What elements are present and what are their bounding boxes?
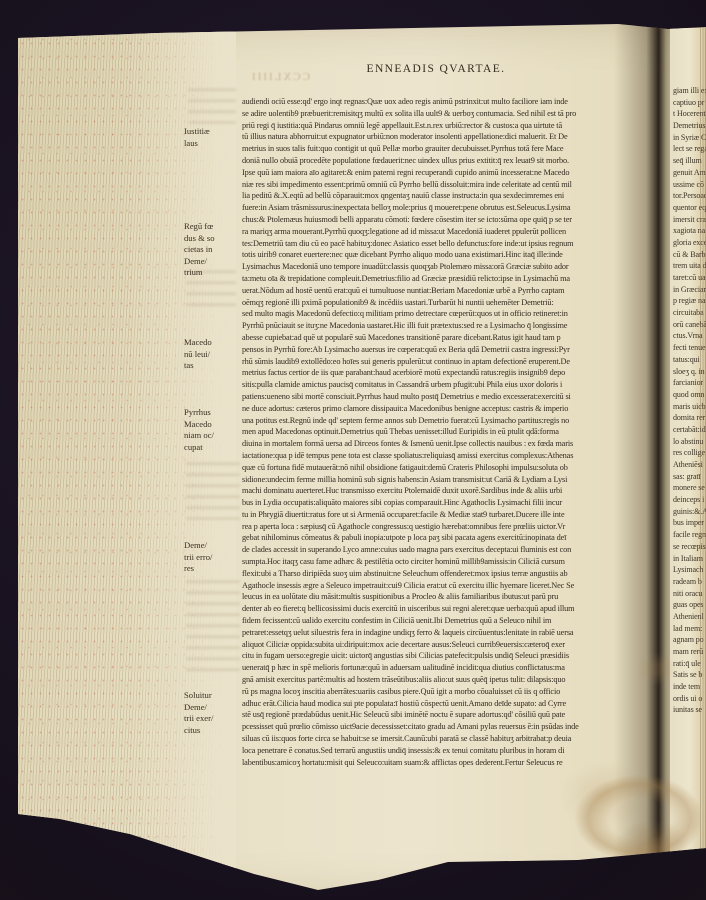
scanned-book-photo: { "page": { "header": "ENNEADIS QVARTAE.… [0,0,706,900]
body-text-line: pensos in Pyrrhū fore:Ab Lysimacho auers… [242,344,660,356]
facing-page-text-line: ctus.Vrna [673,330,706,342]
body-text-line: metrius factus certior de iis quæ paraba… [242,367,660,379]
facing-page-text-line: iunitas se [673,704,706,716]
body-text-line: Lysimachus Macedoniā uno tempore inuadūt… [242,261,660,273]
facing-page-text-line: cū & Barb [673,249,706,261]
facing-page-text-line: inde tem [673,681,706,693]
body-text-line: siluas cū iis:quos forte circa se habuit… [242,733,660,745]
body-text-line: rū ps magna locoʒ inscitia aberrātes:uar… [242,686,660,698]
body-text-line: tu in Phrygiā diuertit:ratus fore ut si … [242,509,660,521]
margin-note: SoluiturDeme/trii exer/citus [184,690,240,736]
body-text-line: stē usq̄ regionē prædabūdus uenit.Hic Se… [242,709,660,721]
body-text-line: flexit:ubi a Tharso diripiēda suoʒ uim a… [242,568,660,580]
facing-page-text-line: ordis ui o [673,693,706,705]
facing-page-text-line: imersit cra [673,214,706,226]
facing-page-text-line: p regiæ na [673,295,706,307]
margin-note-line: Macedo [184,419,240,431]
body-text-line: audiendi ociū esse:qd' ergo inqt regnas:… [242,96,660,108]
body-text-line: aliquot Ciliciæ oppida:subita ui:diripui… [242,639,660,651]
margin-note-line: Soluitur [184,690,240,702]
margin-note-line: Deme/ [184,702,240,714]
facing-page-text-line: monere se [673,482,706,494]
body-text-line: sumpta.Hoc itaqʒ casu fame adhæc & pesti… [242,556,660,568]
facing-page-text-line: lo abstinu [673,436,706,448]
facing-page-text-line: agnam po [673,634,706,646]
body-text-line: ueneratq̄ p hæc in spē melioris fortunæ:… [242,662,660,674]
body-text-line: se adire uolentib9 præbuerit:remisitqʒ m… [242,108,660,120]
body-text-line: uerat.Nōdum ad hostē uentū erat:quū ei t… [242,285,660,297]
margin-note-line: Macedo [184,337,240,349]
body-text-line: sed multo magis Macedonū defectio:q mili… [242,308,660,320]
facing-page-text-line: Satis se b [673,669,706,681]
facing-page-text-line: domita rer [673,412,706,424]
facing-page-text-line: lect se rega [673,143,706,155]
body-text-line: una potitus est.Regnū inde qd' septem fe… [242,415,660,427]
facing-page-text-line: in Italiam [673,553,706,565]
body-text-line: priū regi q̄ iustitia:quā Pindarus omniū… [242,120,660,132]
body-text-line: diuina in mortalem formā uersa ad Dirceo… [242,438,660,450]
margin-note-line: tas [184,360,240,372]
margin-note-line: laus [184,138,240,150]
facing-page-text-line: niti oracu [673,588,706,600]
body-text-line: tes:Demetriū tam diu cū eo pacē habituʒ:… [242,238,660,250]
body-text-column: audiendi ociū esse:qd' ergo inqt regnas:… [242,96,660,768]
body-text-line: rhū sūmis laudib9 extollēdo:eo hoīes sui… [242,356,660,368]
margin-note-line: Regū fœ [184,221,240,233]
body-text-line: sidione:undecim ferme millia hominū sub … [242,474,660,486]
margin-note: Deme/trii erro/res [184,540,240,575]
body-text-line: bus in Lydia occupatis:aliquāto maiores … [242,497,660,509]
facing-page-text-line: circuitaba [673,307,706,319]
margin-note-line: cietas in [184,244,240,256]
facing-page-text-line: genuit Am [673,167,706,179]
facing-page-text-line: farcianior [673,377,706,389]
body-text-line: de clades accessit in superando Lyco amn… [242,544,660,556]
facing-page-text-line: fecti tenue [673,342,706,354]
facing-page-text-line: rati:q̄ ule [673,658,706,670]
margin-note-line: trii erro/ [184,552,240,564]
facing-page-text-line: ussime cō [673,179,706,191]
margin-note-line: res [184,563,240,575]
margin-note-line: trii exer/ [184,713,240,725]
body-text-line: ne duce adortus: cæteros primo clamore d… [242,403,660,415]
facing-page-text-line: orū canebā [673,319,706,331]
margin-note: Macedonū leui/tas [184,337,240,372]
body-text-line: men apud Macedonas optinuit.Demetrius qu… [242,426,660,438]
margin-note: Iustitiælaus [184,126,240,149]
facing-page-text-line: captiuo pr [673,97,706,109]
body-text-line: metrius in suos talis fuit:quo contigit … [242,143,660,155]
margin-note-line: nū leui/ [184,349,240,361]
body-text-line: labentibus:amicoʒ hortatu:misit qui Sele… [242,757,660,769]
body-text-line: ta:metu oīa & trepidatione compleuit.Dem… [242,273,660,285]
body-text-line: fuere:in Asiam trāsmissurus:inexpectata … [242,202,660,214]
facing-page-text-line: giam illi ex [673,85,706,97]
facing-page-text-line: gloria exce [673,237,706,249]
body-text-line: tū illius natura abhorruit:ut expugnator… [242,131,660,143]
body-text-line: Ipse quū iam maiora aīo agitaret:& enim … [242,167,660,179]
facing-page-text-line: trem uita d [673,260,706,272]
body-text-line: chus:& Ptolemæus huiusmodi belli apparat… [242,214,660,226]
body-text-line: leucus in ea uolūtate diu māsit:multis s… [242,591,660,603]
margin-note-line: Deme/ [184,540,240,552]
facing-page-text-line: deinceps i [673,494,706,506]
body-text-line: machi dominatu auerteret.Huc transmisso … [242,485,660,497]
margin-note-line: trium [184,267,240,279]
body-text-line: iactatione:qua p idē tempus pene tota es… [242,450,660,462]
facing-page-text-line: sas: gratī [673,471,706,483]
margin-note-line: dus & so [184,233,240,245]
facing-page-text-line: sloeʒ q. in [673,366,706,378]
body-text-line: totis uirib9 conaret euertere:nec quæ di… [242,249,660,261]
body-text-line: Pyrrhū pnūciauit se ituʒ:ne Macedonia ua… [242,320,660,332]
margin-note: PyrrhusMacedoniam oc/cupat [184,407,240,453]
body-text-line: ra mariqʒ arma mouerant.Pyrrhū quoqʒ:leg… [242,226,660,238]
facing-page-text-line: res collige [673,447,706,459]
margin-note-line: Pyrrhus [184,407,240,419]
body-text-line: lia peditū &.X.eqtū ad bellū cōparauit:m… [242,190,660,202]
body-text-line: denter ab eo fieret:q bellicosissimi duc… [242,603,660,615]
facing-page-text-line: Lysimach [673,564,706,576]
body-text-line: pcessisset quū prœlio cōmisso uict9acie … [242,721,660,733]
facing-page-text-line: tor.Persoad [673,190,706,202]
facing-page-text-line: guas opes [673,599,706,611]
facing-page-text-line: facile regn [673,529,706,541]
facing-page-strip: giam illi excaptiuo prt HocerentDemetriu… [670,28,706,860]
body-text-line: oēmqʒ regionē illi pximā populationib9 &… [242,297,660,309]
body-text-line: niæ res sibi impedimento essent:primū om… [242,179,660,191]
body-text-line: petraret:essetqʒ uelut siluestris fera i… [242,627,660,639]
margin-note-line: Deme/ [184,256,240,268]
facing-page-text-line: xagiota na [673,225,706,237]
body-text-line: loca penetrare ē conatus.Sed terrarū ang… [242,745,660,757]
body-text-line: sitis:pulla clamide amictus paucisq̄ com… [242,379,660,391]
body-text-line: gnā amisit exercitus partē:multis ad hos… [242,674,660,686]
facing-page-text-line: mam rerū [673,646,706,658]
margin-note: Regū fœdus & societas inDeme/trium [184,221,240,279]
facing-page-text-line: Athenienl [673,611,706,623]
body-text-line: quæ cū fortuna fidē mutauerāt:nō nihil o… [242,462,660,474]
margin-note-line: cupat [184,442,240,454]
body-text-line: adhuc erāt.Cilicia haud modica sui pte p… [242,698,660,710]
body-text-line: rea p aperta loca : sæpiusq̄ cū Agathocl… [242,521,660,533]
book-page: CCXLIIII ENNEADIS QVARTAE. IustitiælausR… [18,24,706,900]
body-text-line: abesse cupiebat:ad quē ut popularē suū M… [242,332,660,344]
body-text-line: fidem fecissent:cū ualido exercitu confe… [242,615,660,627]
facing-page-text-line: bus imper [673,517,706,529]
facing-page-text-line: Atheniēsi [673,459,706,471]
facing-page-text-line: taret:cū ua [673,272,706,284]
body-text-line: doniā nullo obuiā procedēte populatione … [242,155,660,167]
facing-page-text-line: guinis:&.A [673,506,706,518]
facing-page-text-line: radeam b [673,576,706,588]
facing-page-text-line: lad mem: [673,623,706,635]
facing-page-text-line: quentor eq [673,202,706,214]
facing-page-text: giam illi excaptiuo prt HocerentDemetriu… [673,85,706,716]
facing-page-text-line: Demetrius [673,120,706,132]
facing-page-text-line: maris uicb [673,401,706,413]
facing-page-text-line: t Hocerent [673,108,706,120]
facing-page-text-line: in Græciam [673,284,706,296]
body-text-line: gebat nihilominus cōmeatus & pabuli inop… [242,532,660,544]
body-text-line: citu in fugam uerso:egregie uicit: uicto… [242,650,660,662]
facing-page-text-line: certabāt:id [673,424,706,436]
margin-note-line: Iustitiæ [184,126,240,138]
facing-page-text-line: se recœpiss [673,541,706,553]
facing-page-text-line: tatus:qui [673,354,706,366]
margin-note-line: citus [184,725,240,737]
gutter-shadow [614,24,676,900]
body-text-line: patiens:ueneno sibi mortē consciuit.Pyrr… [242,391,660,403]
facing-page-text-line: seq̄ illum [673,155,706,167]
facing-page-text-line: in Syriæ C [673,132,706,144]
facing-page-text-line: quod omn [673,389,706,401]
body-text-line: Agathocle insessis ægre a Seleuco impetr… [242,580,660,592]
margin-note-line: niam oc/ [184,430,240,442]
